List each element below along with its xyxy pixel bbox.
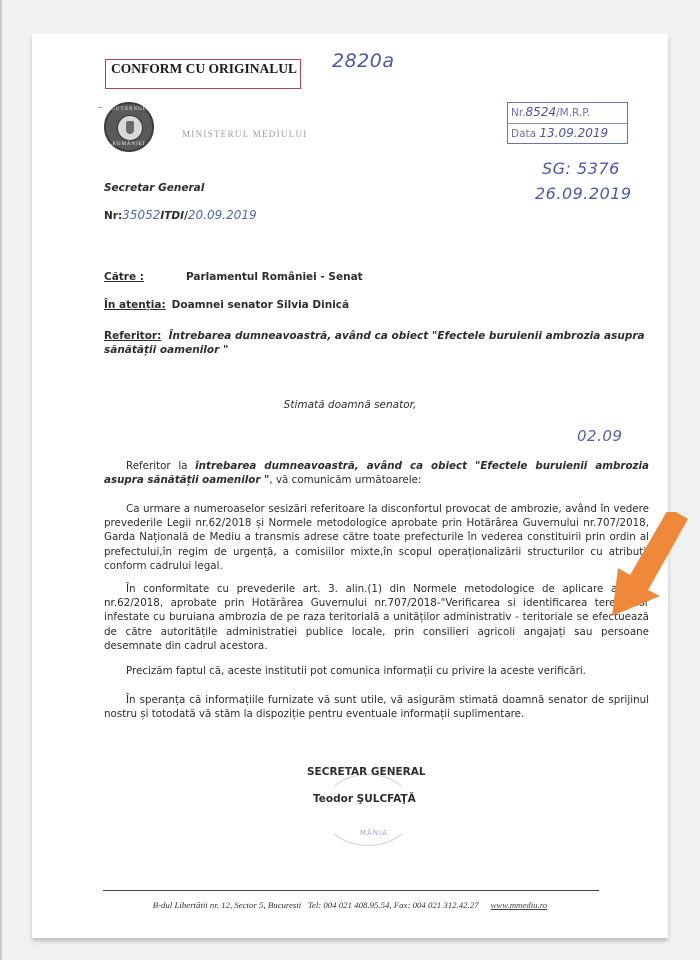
footer-divider <box>103 890 599 891</box>
footer: B-dul Libertătii nr. 12, Sector 5, Bucur… <box>32 900 668 910</box>
paragraph-context: Ca urmare a numeroaselor sesizări referi… <box>104 502 649 573</box>
screen-edge <box>0 0 2 960</box>
intro-prefix: Referitor la <box>126 460 195 472</box>
reference-number: Nr:35052ITDI/20.09.2019 <box>104 208 257 222</box>
scan-mark <box>98 107 103 108</box>
paragraph-closing: În speranța că informațiile furnizate vă… <box>104 693 649 721</box>
handwritten-number: 2820a <box>332 50 395 72</box>
registration-stamp: Nr.8524/M.R.P. Data 13.09.2019 <box>507 102 628 144</box>
reference-label: Nr: <box>104 210 122 222</box>
subject-line: Referitor: Întrebarea dumneavoastră, avâ… <box>104 329 649 357</box>
reg-date-label: Data <box>511 128 536 140</box>
to-label: Către : <box>104 271 144 283</box>
signatory-title: SECRETAR GENERAL <box>307 766 426 778</box>
intro-suffix: , vă comunicăm următoarele: <box>269 474 421 486</box>
eagle-icon <box>126 121 134 134</box>
footer-website-link[interactable]: www.mmediu.ro <box>491 900 548 910</box>
sg-note-date: 26.09.2019 <box>535 184 632 203</box>
sg-note-number: SG: 5376 <box>542 159 620 178</box>
paragraph-closing-text: În speranța că informațiile furnizate vă… <box>104 694 649 720</box>
paragraph-legal-text: În conformitate cu prevederile art. 3. a… <box>104 583 649 652</box>
footer-address: B-dul Libertătii nr. 12, Sector 5, Bucur… <box>153 900 301 910</box>
paragraph-legal: În conformitate cu prevederile art. 3. a… <box>104 582 649 653</box>
reference-date: 20.09.2019 <box>188 208 257 222</box>
paragraph-intro: Referitor la întrebarea dumneavoastră, a… <box>104 459 649 487</box>
stamp-text: MÂNIA <box>360 829 388 837</box>
paragraph-note-text: Precizăm faptul că, aceste institutii po… <box>126 665 586 677</box>
attention-line: În atenția:Doamnei senator Silvia Dinică <box>104 299 349 311</box>
conform-stamp: CONFORM CU ORIGINALUL <box>105 59 301 89</box>
handwritten-date: 02.09 <box>577 427 622 445</box>
registration-date-line: Data 13.09.2019 <box>511 124 608 143</box>
recipient-line: Către : Parlamentul României - Senat <box>104 271 144 283</box>
government-seal-icon: GUVERNUL ROMÂNIEI <box>104 102 154 152</box>
reg-date-value: 13.09.2019 <box>539 126 608 140</box>
seal-text-bottom: ROMÂNIEI <box>106 142 152 147</box>
orange-arrow-icon <box>604 512 690 620</box>
paragraph-note: Precizăm faptul că, aceste institutii po… <box>104 664 649 678</box>
attention-value: Doamnei senator Silvia Dinică <box>172 299 349 311</box>
paragraph-context-text: Ca urmare a numeroaselor sesizări referi… <box>104 503 649 572</box>
salutation: Stimată doamnă senator, <box>32 399 668 411</box>
attention-label: În atenția: <box>104 299 166 311</box>
footer-contact: Tel: 004 021 408.95.54, Fax: 004 021 312… <box>308 900 479 910</box>
signatory-name: Teodor ŞULCFAŢĂ <box>313 793 416 805</box>
to-value: Parlamentul României - Senat <box>186 271 363 283</box>
coat-of-arms-icon <box>117 115 143 141</box>
ministry-name: MINISTERUL MEDIULUI <box>182 129 308 139</box>
subject-value: Întrebarea dumneavoastră, având ca obiec… <box>104 330 645 356</box>
reference-number-value: 35052 <box>122 208 160 222</box>
reg-nr-suffix: /M.R.P. <box>556 107 590 119</box>
registration-number-line: Nr.8524/M.R.P. <box>511 103 590 122</box>
sender-title: Secretar General <box>104 182 204 194</box>
reference-code: ITDI <box>160 210 184 222</box>
seal-text-top: GUVERNUL <box>106 107 152 112</box>
reg-nr-value: 8524 <box>526 105 557 119</box>
reg-nr-label: Nr. <box>511 107 526 119</box>
document-page: CONFORM CU ORIGINALUL 2820a GUVERNUL ROM… <box>32 34 668 938</box>
subject-label: Referitor: <box>104 330 161 342</box>
